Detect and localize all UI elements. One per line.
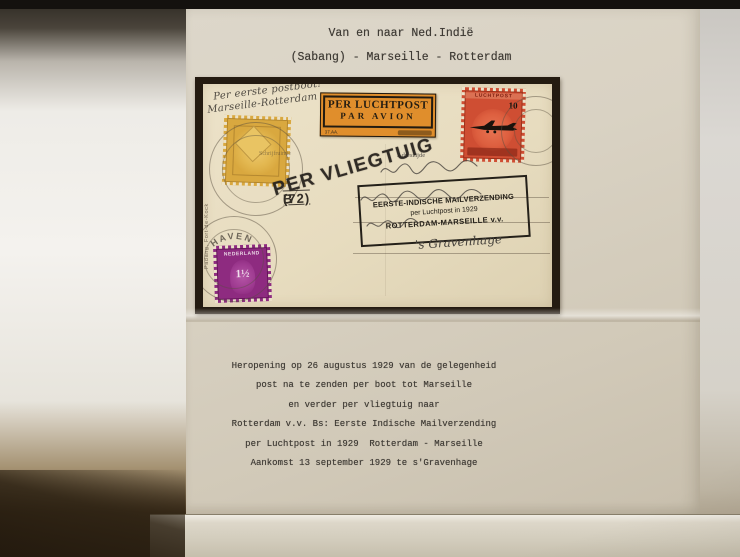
airmail-label-dutch: PER LUCHTPOST: [325, 98, 431, 111]
photo-scene: Van en naar Ned.Indië (Sabang) - Marseil…: [0, 0, 740, 557]
album-page: Van en naar Ned.Indië (Sabang) - Marseil…: [186, 9, 700, 514]
title-line-1: Van en naar Ned.Indië: [186, 27, 616, 40]
postcard: Per eerste postboot! Marseille-Rotterdam…: [203, 84, 552, 307]
under-sheet-edge: [150, 514, 740, 557]
exhibit-caption: Heropening op 26 augustus 1929 van de ge…: [186, 357, 542, 473]
caption-line: post na te zenden per boot tot Marseille: [186, 376, 542, 395]
caption-line: Rotterdam v.v. Bs: Eerste Indische Mailv…: [186, 415, 542, 434]
red-stamp-overprint: LUCHTPOST: [465, 92, 523, 100]
caption-line: Heropening op 26 augustus 1929 van de ge…: [186, 357, 542, 376]
photo-top-edge: [0, 0, 740, 9]
postcard-mat: Per eerste postboot! Marseille-Rotterdam…: [195, 77, 560, 314]
airmail-label-french: PAR AVION: [325, 110, 431, 121]
arrival-postmark-text: HAVEN: [203, 217, 278, 303]
airmail-etiquette-frame: PER LUCHTPOST PAR AVION: [323, 95, 433, 128]
b72-letter: B: [283, 191, 294, 206]
background-bottom-left: [0, 470, 185, 557]
airmail-etiquette: PER LUCHTPOST PAR AVION 37.AA.: [320, 92, 436, 137]
page-title: Van en naar Ned.Indië (Sabang) - Marseil…: [186, 27, 616, 64]
airmail-label-code: 37.AA.: [325, 129, 339, 134]
caption-line: en verder per vliegtuig naar: [186, 396, 542, 415]
svg-text:HAVEN: HAVEN: [209, 231, 255, 249]
card-header-left: Schrijfruimte: [259, 151, 291, 157]
title-line-2: (Sabang) - Marseille - Rotterdam: [186, 51, 616, 64]
caption-line: Aankomst 13 september 1929 te s'Gravenha…: [186, 454, 542, 473]
arrival-postmark: HAVEN: [203, 216, 277, 302]
background-right: [700, 0, 740, 557]
b72-marking: B (72): [283, 191, 311, 207]
glassine-sheet-edge: [186, 308, 700, 322]
caption-line: per Luchtpost in 1929 Rotterdam - Marsei…: [186, 435, 542, 454]
